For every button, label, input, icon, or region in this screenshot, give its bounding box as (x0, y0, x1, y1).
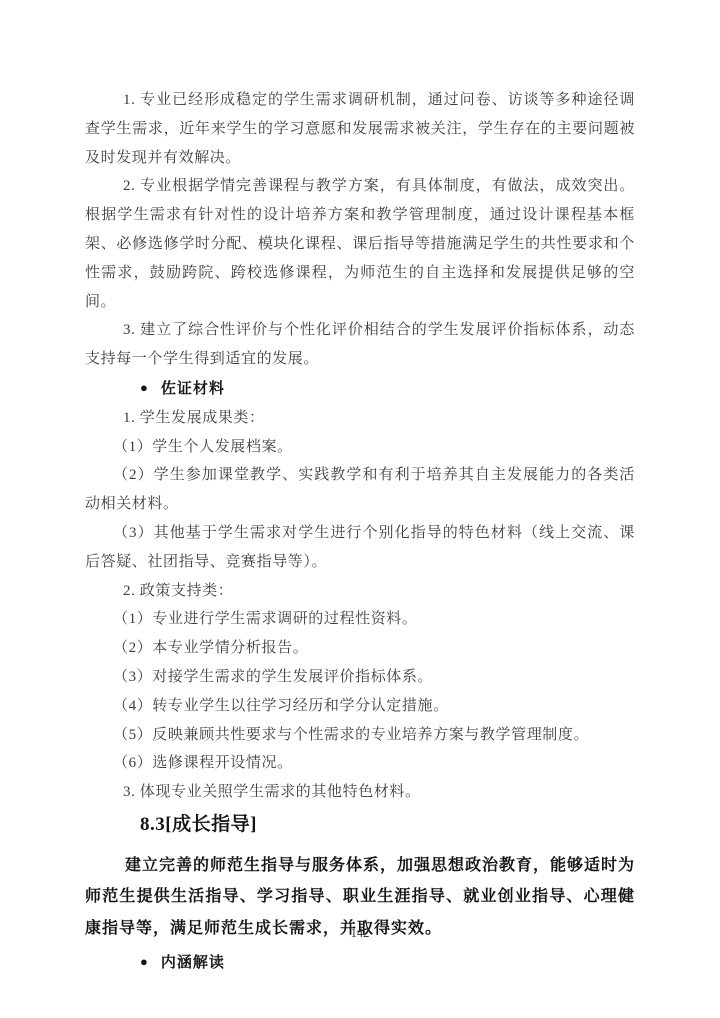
evidence-materials-label: 佐证材料 (161, 381, 225, 397)
section-heading-8-3: 8.3[成长指导] (85, 809, 635, 840)
evidence-item-1-1: （1）学生个人发展档案。 (85, 433, 635, 462)
evidence-item-2-5: （5）反映兼顾共性要求与个性需求的专业培养方案与教学管理制度。 (85, 721, 635, 750)
evidence-item-1-3: （3）其他基于学生需求对学生进行个别化指导的特色材料（线上交流、课后答疑、社团指… (85, 519, 635, 577)
paragraph-point-2: 2. 专业根据学情完善课程与教学方案，有具体制度，有做法，成效突出。根据学生需求… (85, 172, 635, 316)
evidence-item-2-6: （6）选修课程开设情况。 (85, 749, 635, 778)
evidence-item-1-2: （2）学生参加课堂教学、实践教学和有利于培养其自主发展能力的各类活动相关材料。 (85, 461, 635, 519)
paragraph-point-1: 1. 专业已经形成稳定的学生需求调研机制，通过问卷、访谈等多种途径调查学生需求，… (85, 86, 635, 172)
evidence-item-2-1: （1）专业进行学生需求调研的过程性资料。 (85, 605, 635, 634)
bullet-icon: ● (140, 948, 149, 977)
evidence-item-2-2: （2）本专业学情分析报告。 (85, 634, 635, 663)
paragraph-point-3: 3. 建立了综合性评价与个性化评价相结合的学生发展评价指标体系，动态支持每一个学… (85, 316, 635, 374)
evidence-item-2-4: （4）转专业学生以往学习经历和学分认定措施。 (85, 692, 635, 721)
page-number: 142 (0, 926, 720, 941)
evidence-category-2: 2. 政策支持类： (85, 577, 635, 606)
evidence-item-2-3: （3）对接学生需求的学生发展评价指标体系。 (85, 663, 635, 692)
evidence-category-1: 1. 学生发展成果类： (85, 404, 635, 433)
evidence-materials-heading: ●佐证材料 (85, 374, 635, 404)
evidence-category-3: 3. 体现专业关照学生需求的其他特色材料。 (85, 778, 635, 807)
document-page: 1. 专业已经形成稳定的学生需求调研机制，通过问卷、访谈等多种途径调查学生需求，… (0, 0, 720, 1018)
connotation-label: 内涵解读 (161, 955, 225, 971)
bullet-icon: ● (140, 374, 149, 403)
document-content: 1. 专业已经形成稳定的学生需求调研机制，通过问卷、访谈等多种途径调查学生需求，… (0, 0, 720, 978)
connotation-heading: ●内涵解读 (85, 948, 635, 978)
